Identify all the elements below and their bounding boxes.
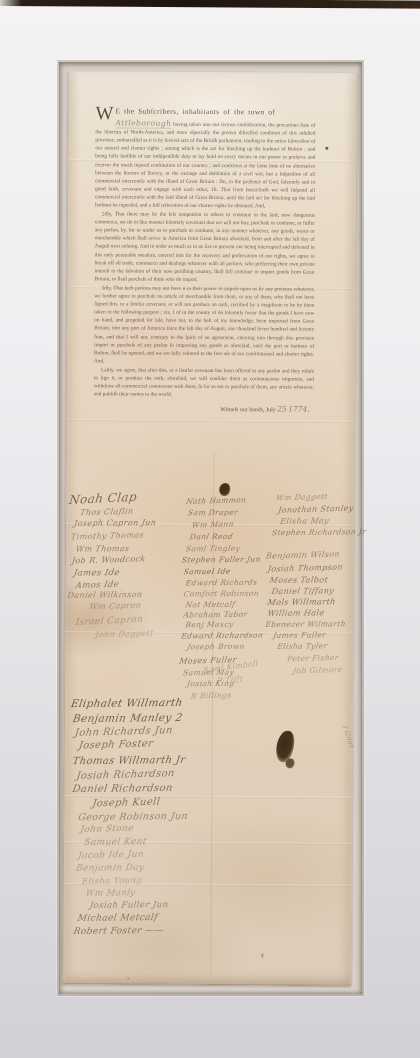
signature: Josiah Thompson xyxy=(267,562,344,573)
ink-speck xyxy=(325,147,328,150)
signature: Noah Clap xyxy=(68,490,138,507)
signature: James Ide xyxy=(73,568,121,579)
signature: Joseph Brown xyxy=(187,642,246,652)
signature: Robert Foster —— xyxy=(73,926,165,937)
signature: Elisha Young xyxy=(81,876,143,888)
signature: Wm Thomas xyxy=(75,544,130,554)
signature: Saml Tingley xyxy=(185,544,241,554)
signature: Mols Willmarth xyxy=(267,597,337,607)
signature: Israel Capron xyxy=(75,615,144,628)
signature: Josiah Richardson xyxy=(76,768,176,782)
signature: Samuel Kent xyxy=(83,837,147,848)
signature: Joseph Capron Jun xyxy=(73,518,157,528)
signature: John Stone xyxy=(79,824,134,836)
signature: Nath Hammon xyxy=(186,495,248,506)
signature: Nat Metcalf xyxy=(185,600,236,610)
signature: Timothy Thomas xyxy=(70,530,144,541)
signature: Joseph Kuell xyxy=(92,796,162,809)
mat-bevel: WE the Subſcribers, inhabitants of the t… xyxy=(57,60,364,996)
signatures-layer: Noah ClapThos ClaflinJoseph Capron JunTi… xyxy=(63,71,357,985)
signature: Abraham Tabor xyxy=(183,610,249,620)
signature: Moses Talbot xyxy=(269,575,329,585)
signature: Benjamin Day xyxy=(75,863,145,874)
signature: Ebenezer Wilmarth xyxy=(265,619,347,629)
signature: Peter Fisher xyxy=(287,653,340,664)
signature: Danl Read xyxy=(189,532,234,542)
signature: R Billings xyxy=(190,690,232,700)
signature: Benjamin Manley 2 xyxy=(72,712,184,725)
broadside-paper: WE the Subſcribers, inhabitants of the t… xyxy=(62,71,357,986)
signature: Jacob Ide Jun xyxy=(77,849,144,861)
signature: Michael Metcalf xyxy=(77,913,159,924)
signature: Edward Richards xyxy=(185,578,258,588)
signature: Wm Manly xyxy=(85,888,136,899)
signature: Daniel Tiffany xyxy=(271,586,335,596)
signature: Wm Mann xyxy=(191,519,234,529)
framed-document-photo: WE the Subſcribers, inhabitants of the t… xyxy=(0,0,420,1058)
photo-background-edge xyxy=(0,0,420,9)
ink-blot xyxy=(219,483,230,496)
signature: Job R. Woodcock xyxy=(71,554,146,565)
signature: John Richards Jun xyxy=(74,725,174,739)
signature: Stephen Fuller Jun xyxy=(181,555,261,565)
ink-speck xyxy=(127,978,129,980)
signature: Thos Claflin xyxy=(79,507,134,518)
signature: Sam Draper xyxy=(187,508,238,518)
signature: Jonathan Stanley xyxy=(277,504,354,515)
signature: Elisha Tyler xyxy=(277,641,329,651)
signature: Joseph Foster xyxy=(78,738,154,751)
signature: James Fuller xyxy=(273,630,327,640)
signature: Benj Maxcy xyxy=(185,620,235,630)
signature: Daniel Richardson xyxy=(72,783,174,795)
ink-speck xyxy=(261,953,263,957)
signature: William Hale xyxy=(267,608,326,618)
signature: Elisha May xyxy=(279,516,329,526)
signature: Thomas Willmarth Jr xyxy=(72,755,187,767)
signature: Comfort Robinson xyxy=(183,589,260,599)
signature: Wm Capron xyxy=(89,601,142,612)
mat-window: WE the Subſcribers, inhabitants of the t… xyxy=(59,62,362,994)
signature: Samuel Ide xyxy=(183,567,231,577)
signature: J Gilet xyxy=(341,725,356,748)
signature: Stephen Richardson Jr xyxy=(271,527,367,537)
signature: Job Gilmore xyxy=(292,665,343,675)
signature: Eliphalet Willmarth xyxy=(70,697,184,710)
signature: John Daggett xyxy=(95,629,155,640)
ink-blot xyxy=(286,758,295,768)
signature: George Robinson Jun xyxy=(77,811,188,823)
signature: Wm Daggett xyxy=(276,492,329,503)
signature: Edward Richardson xyxy=(181,631,264,641)
signature: Daniel Wilkinson xyxy=(67,590,143,600)
signature: P Tifft xyxy=(217,674,244,685)
signature: Josiah Fuller Jun xyxy=(89,900,169,911)
signature: Benjamin Wilson xyxy=(265,549,340,560)
